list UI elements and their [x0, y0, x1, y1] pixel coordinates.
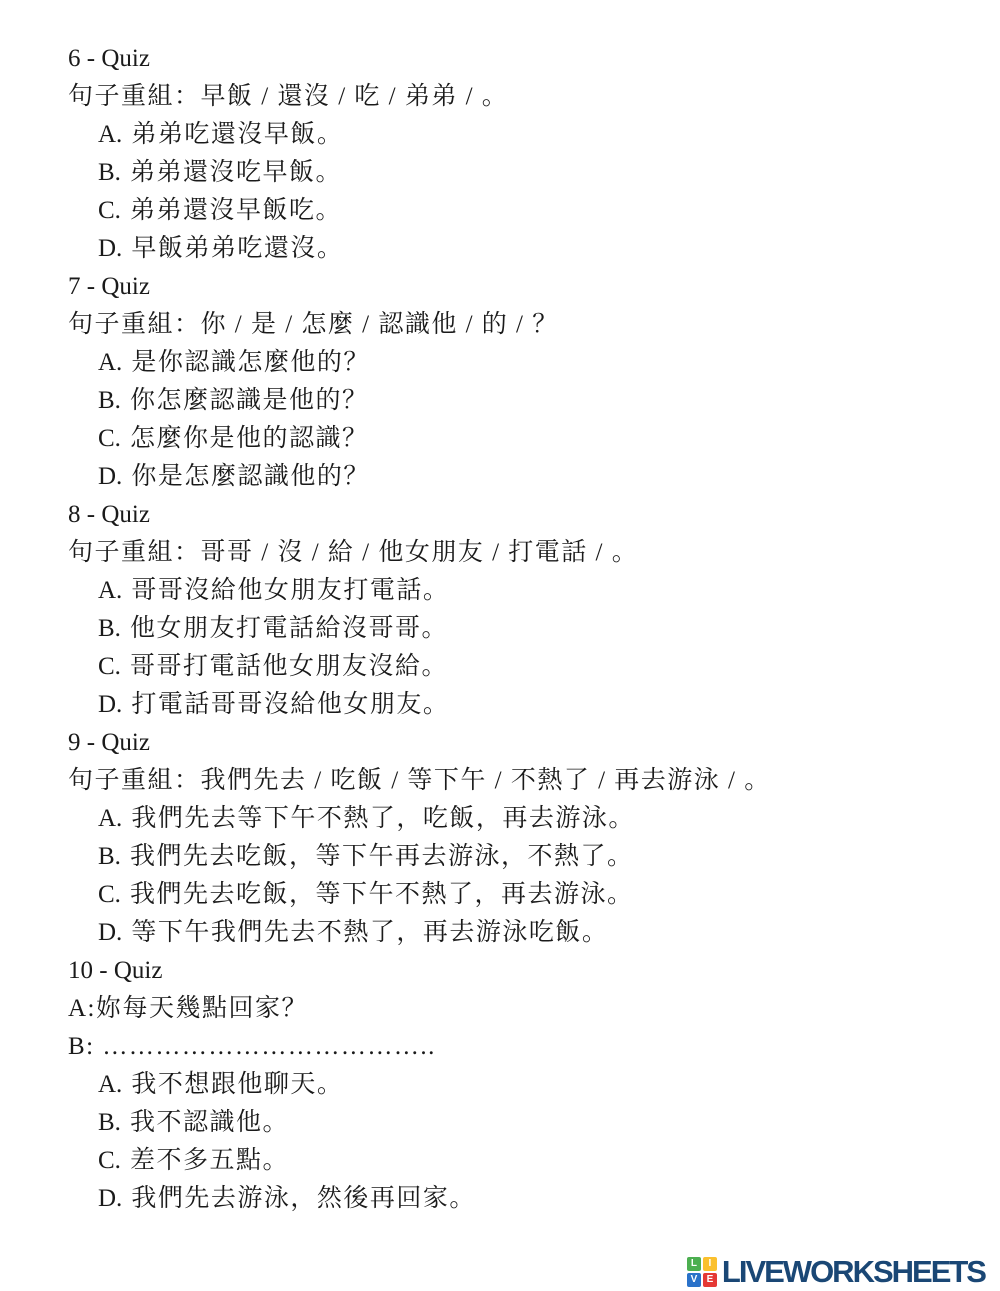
option-text: 弟弟還沒早飯吃。: [130, 197, 342, 224]
option-row[interactable]: C.怎麼你是他的認識？: [68, 420, 972, 458]
option-letter: C.: [98, 197, 121, 224]
quiz-number-heading: 9 - Quiz: [68, 724, 972, 762]
liveworksheets-wordmark: LIVEWORKSHEETS: [722, 1256, 985, 1287]
option-text: 我們先去游泳，然後再回家。: [131, 1185, 476, 1212]
option-text: 怎麼你是他的認識？: [130, 425, 369, 452]
option-row[interactable]: D.早飯弟弟吃還沒。: [68, 230, 972, 268]
option-text: 他女朋友打電話給沒哥哥。: [130, 615, 448, 642]
quiz-number-heading: 7 - Quiz: [68, 268, 972, 306]
liveworksheets-logo[interactable]: L I V E LIVEWORKSHEETS: [687, 1256, 985, 1287]
logo-tile-i: I: [703, 1257, 717, 1271]
logo-tile-l: L: [687, 1257, 701, 1271]
option-letter: A.: [98, 1071, 122, 1098]
question-prompt: 句子重組：早飯 / 還沒 / 吃 / 弟弟 / 。: [68, 78, 972, 116]
option-row[interactable]: D.你是怎麼認識他的？: [68, 458, 972, 496]
option-letter: C.: [98, 653, 121, 680]
logo-tile-v: V: [687, 1273, 701, 1287]
option-text: 打電話哥哥沒給他女朋友。: [131, 691, 449, 718]
option-row[interactable]: A.弟弟吃還沒早飯。: [68, 116, 972, 154]
quiz-number-heading: 8 - Quiz: [68, 496, 972, 534]
option-letter: C.: [98, 425, 121, 452]
quiz-section-9: 9 - Quiz 句子重組：我們先去 / 吃飯 / 等下午 / 不熱了 / 再去…: [68, 724, 972, 952]
quiz-section-8: 8 - Quiz 句子重組：哥哥 / 沒 / 給 / 他女朋友 / 打電話 / …: [68, 496, 972, 724]
option-letter: B.: [98, 1109, 121, 1136]
option-text: 我不想跟他聊天。: [131, 1071, 343, 1098]
quiz-section-10: 10 - Quiz A:妳每天幾點回家？ B: ……………………………….. A…: [68, 952, 972, 1218]
option-row[interactable]: C.差不多五點。: [68, 1142, 972, 1180]
option-letter: D.: [98, 463, 122, 490]
option-text: 弟弟還沒吃早飯。: [130, 159, 342, 186]
option-row[interactable]: B.弟弟還沒吃早飯。: [68, 154, 972, 192]
option-row[interactable]: B.你怎麼認識是他的？: [68, 382, 972, 420]
quiz-section-7: 7 - Quiz 句子重組：你 / 是 / 怎麼 / 認識他 / 的 / ？ A…: [68, 268, 972, 496]
option-letter: B.: [98, 615, 121, 642]
question-prompt: 句子重組：你 / 是 / 怎麼 / 認識他 / 的 / ？: [68, 306, 972, 344]
option-text: 我們先去吃飯，等下午不熱了，再去游泳。: [130, 881, 634, 908]
dialogue-line-a: A:妳每天幾點回家？: [68, 990, 972, 1028]
option-text: 差不多五點。: [130, 1147, 289, 1174]
option-text: 我們先去等下午不熱了，吃飯，再去游泳。: [131, 805, 635, 832]
option-letter: B.: [98, 387, 121, 414]
quiz-number-heading: 6 - Quiz: [68, 40, 972, 78]
dialogue-line-b: B: ………………………………..: [68, 1028, 972, 1066]
option-letter: D.: [98, 691, 122, 718]
option-letter: C.: [98, 1147, 121, 1174]
option-text: 你是怎麼認識他的？: [131, 463, 370, 490]
worksheet-page: 6 - Quiz 句子重組：早飯 / 還沒 / 吃 / 弟弟 / 。 A.弟弟吃…: [68, 40, 972, 1218]
option-row[interactable]: B.我們先去吃飯，等下午再去游泳，不熱了。: [68, 838, 972, 876]
option-row[interactable]: C.我們先去吃飯，等下午不熱了，再去游泳。: [68, 876, 972, 914]
option-text: 早飯弟弟吃還沒。: [131, 235, 343, 262]
option-row[interactable]: D.我們先去游泳，然後再回家。: [68, 1180, 972, 1218]
option-row[interactable]: A.哥哥沒給他女朋友打電話。: [68, 572, 972, 610]
quiz-section-6: 6 - Quiz 句子重組：早飯 / 還沒 / 吃 / 弟弟 / 。 A.弟弟吃…: [68, 40, 972, 268]
quiz-number-heading: 10 - Quiz: [68, 952, 972, 990]
option-text: 哥哥沒給他女朋友打電話。: [131, 577, 449, 604]
option-text: 哥哥打電話他女朋友沒給。: [130, 653, 448, 680]
option-row[interactable]: D.等下午我們先去不熱了，再去游泳吃飯。: [68, 914, 972, 952]
option-letter: B.: [98, 843, 121, 870]
option-row[interactable]: C.哥哥打電話他女朋友沒給。: [68, 648, 972, 686]
option-letter: B.: [98, 159, 121, 186]
option-text: 是你認識怎麼他的？: [131, 349, 370, 376]
option-letter: A.: [98, 349, 122, 376]
option-text: 我們先去吃飯，等下午再去游泳，不熱了。: [130, 843, 634, 870]
option-text: 等下午我們先去不熱了，再去游泳吃飯。: [131, 919, 608, 946]
option-row[interactable]: B.他女朋友打電話給沒哥哥。: [68, 610, 972, 648]
question-prompt: 句子重組：哥哥 / 沒 / 給 / 他女朋友 / 打電話 / 。: [68, 534, 972, 572]
option-row[interactable]: B.我不認識他。: [68, 1104, 972, 1142]
option-letter: D.: [98, 1185, 122, 1212]
option-row[interactable]: D.打電話哥哥沒給他女朋友。: [68, 686, 972, 724]
option-letter: D.: [98, 235, 122, 262]
option-text: 你怎麼認識是他的？: [130, 387, 369, 414]
option-letter: A.: [98, 121, 122, 148]
option-letter: A.: [98, 577, 122, 604]
logo-tile-e: E: [703, 1273, 717, 1287]
option-row[interactable]: C.弟弟還沒早飯吃。: [68, 192, 972, 230]
option-row[interactable]: A.是你認識怎麼他的？: [68, 344, 972, 382]
option-row[interactable]: A.我不想跟他聊天。: [68, 1066, 972, 1104]
option-letter: A.: [98, 805, 122, 832]
option-text: 弟弟吃還沒早飯。: [131, 121, 343, 148]
option-row[interactable]: A.我們先去等下午不熱了，吃飯，再去游泳。: [68, 800, 972, 838]
question-prompt: 句子重組：我們先去 / 吃飯 / 等下午 / 不熱了 / 再去游泳 / 。: [68, 762, 972, 800]
liveworksheets-tiles-icon: L I V E: [687, 1257, 717, 1287]
option-letter: C.: [98, 881, 121, 908]
option-text: 我不認識他。: [130, 1109, 289, 1136]
option-letter: D.: [98, 919, 122, 946]
